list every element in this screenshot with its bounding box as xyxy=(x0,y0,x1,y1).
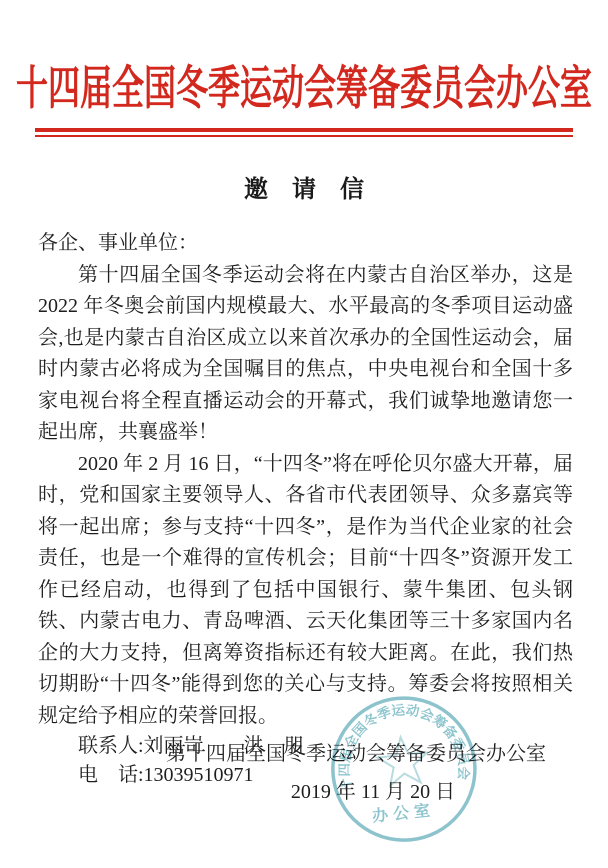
body-paragraph-2: 2020 年 2 月 16 日，“十四冬”将在呼伦贝尔盛大开幕，届时，党和国家主… xyxy=(38,449,573,733)
body-paragraph-1: 第十四届全国冬季运动会将在内蒙古自治区举办，这是 2022 年冬奥会前国内规模最… xyxy=(38,260,573,449)
signature-org-line: 第十四届全国冬季运动会筹备委员会办公室 xyxy=(166,737,546,766)
letterhead: 十四届全国冬季运动会筹备委员会办公室 xyxy=(0,0,608,137)
letter-body: 各企、事业单位： 第十四届全国冬季运动会将在内蒙古自治区举办，这是 2022 年… xyxy=(38,228,573,790)
letterhead-org-name: 十四届全国冬季运动会筹备委员会办公室 xyxy=(0,52,608,119)
salutation-line: 各企、事业单位： xyxy=(38,228,573,260)
invitation-letter-page: 十四届全国冬季运动会筹备委员会办公室 邀 请 信 各企、事业单位： 第十四届全国… xyxy=(0,0,608,868)
letterhead-double-rule xyxy=(35,128,573,137)
rule-thick xyxy=(35,128,573,132)
letter-title: 邀 请 信 xyxy=(0,169,608,204)
signature-date: 2019 年 11 月 20 日 xyxy=(291,775,455,804)
rule-thin xyxy=(35,135,573,137)
